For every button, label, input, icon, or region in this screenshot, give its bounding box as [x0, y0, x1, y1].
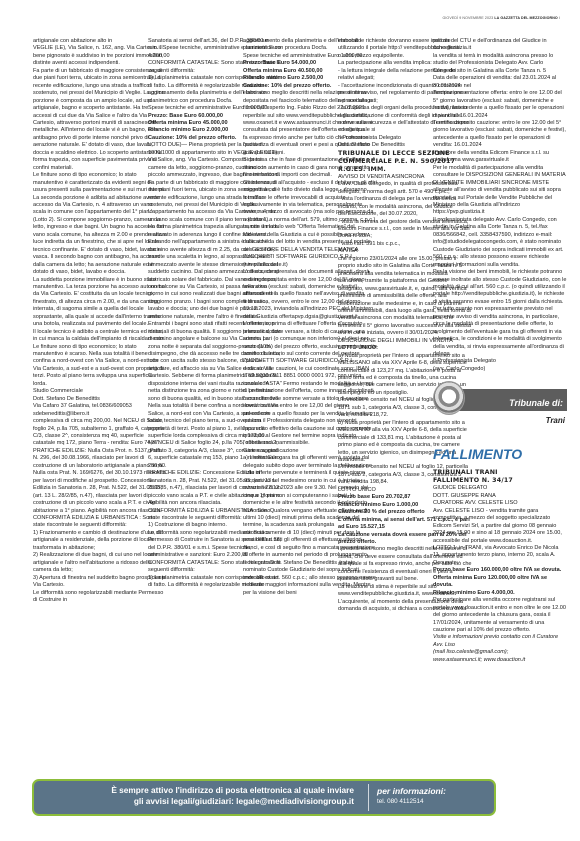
text-paragraph: Fa parte di un fabbricato di maggiore co… [33, 68, 167, 172]
tribunal-city: Trani [546, 417, 565, 424]
masthead: LA GAZZETTA DEL MEZZOGIORNO [494, 16, 557, 20]
text-paragraph: VEGLIE (LE), Via Salice, n. 162, ang. Vi… [33, 45, 167, 67]
text-paragraph: Per partecipare alla vendita occorre reg… [433, 597, 567, 634]
text-paragraph: perizia del CTU e dell'ordinanza del Giu… [433, 38, 567, 53]
text-paragraph: Data delle operazioni di vendita: dal 23… [433, 75, 567, 90]
text-paragraph: Avv. CELESTE LISO - vendita tramite gara… [433, 508, 567, 545]
banner-line-2[interactable]: gli avvisi legali/giudiziari: legale@med… [42, 796, 354, 807]
text-paragraph: Studio Commerciale [33, 388, 167, 395]
column-1: artigianale con abitazione alto in VEGLI… [33, 38, 167, 604]
fallimento-title: FALLIMENTO [433, 445, 567, 463]
contact-websites: www.astaannunci.it; www.doauction.it [433, 657, 567, 664]
text-paragraph: CONFORMITÀ EDILIZIA E URBANISTICA : Sono… [33, 515, 167, 530]
tribunal-label: Tribunale di: [509, 400, 563, 407]
tribunal-header: Tribunale di: Trani [433, 381, 567, 441]
text-paragraph: Termine deposito cauzione: entro le ore … [433, 120, 567, 150]
text-paragraph: Per le modalità di partecipazione alla v… [433, 165, 567, 217]
price-min-raise: Rilancio minimo Euro 4.000,00. [433, 590, 567, 597]
text-paragraph: Via Cafaro 37 Galatina, tel.0836/609053 … [33, 403, 167, 418]
text-paragraph: Le finiture sono di tipo economico; lo s… [33, 172, 167, 194]
text-paragraph: La seconda porzione è adibita ad abitazi… [33, 195, 167, 277]
banner-line-1: È sempre attivo l'indirizzo di posta ele… [42, 785, 354, 796]
text-paragraph: Per la visione dei beni immobili, le ric… [433, 269, 567, 306]
text-paragraph: LOTTO 1: in TRANI, via Avvocato Enrico D… [433, 545, 567, 567]
price-min-offer: Offerta minima Euro 120.000,00 oltre IVA… [433, 575, 567, 590]
contact-email: (mail liso.celeste@gmail.com); [433, 649, 567, 656]
text-paragraph: la vendita si terrà in modalità asincron… [433, 53, 567, 75]
text-paragraph: Visite e informazioni previo contatto co… [433, 634, 567, 649]
text-paragraph: PRATICHE EDILIZIE: Nulla Osta Prot. n. 5… [33, 448, 167, 515]
text-paragraph: (avv. Carlo Congedo) [433, 366, 567, 373]
banner-message: È sempre attivo l'indirizzo di posta ele… [42, 785, 354, 807]
text-paragraph: Il locale tecnico è adibito a centrale t… [33, 329, 167, 389]
text-paragraph: 3) Apertura di finestra nel suddetto bag… [33, 575, 167, 590]
text-paragraph: Le difformità sono regolarizzabili media… [33, 590, 167, 605]
text-paragraph: GIUDICE DELEGATO [433, 485, 567, 492]
text-paragraph: 1) Frazionamento e cambio di destinazion… [33, 530, 167, 552]
contact-banner: È sempre attivo l'indirizzo di posta ele… [32, 779, 496, 816]
text-paragraph: Per tutto quanto non espressamente previ… [433, 306, 567, 358]
price-base: Prezzo base Euro 160.000,00 oltre IVA se… [433, 567, 567, 574]
fallimento-heading-1: TRIBUNALI TRANI [433, 469, 567, 477]
text-paragraph: Termine presentazione offerta: entro le … [433, 90, 567, 120]
text-paragraph: artigianale con abitazione alto in [33, 38, 167, 45]
text-paragraph: CURATORE AVV. CELESTE LISO [433, 500, 567, 507]
page-header: GIOVEDÌ 9 NOVEMBRE 2023 LA GAZZETTA DEL … [290, 16, 560, 20]
page-number: I [559, 16, 560, 20]
banner-info-title: per informazioni: [377, 786, 446, 797]
text-paragraph: Il gestore della vendita Edicom Finance … [433, 150, 567, 165]
text-paragraph: DOTT. GIUSEPPE RANA [433, 493, 567, 500]
text-paragraph: La suddetta porzione immobiliare è in bu… [33, 277, 167, 329]
text-paragraph: complessiva di circa mq 200,00. Nel NCEU… [33, 418, 167, 448]
text-paragraph: Il Professionista Delegato [433, 358, 567, 365]
banner-divider [368, 784, 369, 811]
fallimento-heading-2: FALLIMENTO N. 34/17 [433, 477, 567, 485]
text-paragraph: 2) Realizzazione di due bagni, di cui un… [33, 552, 167, 574]
column-5: perizia del CTU e dell'ordinanza del Giu… [433, 38, 567, 664]
banner-phone[interactable]: tel. 080 4112514 [377, 797, 446, 807]
text-paragraph: Dott. Stefano De Benedittis [33, 396, 167, 403]
header-date: GIOVEDÌ 9 NOVEMBRE 2023 [442, 16, 493, 20]
banner-info: per informazioni: tel. 080 4112514 [377, 786, 446, 807]
text-paragraph: Il professionista delegato Avv. Carlo Co… [433, 217, 567, 269]
